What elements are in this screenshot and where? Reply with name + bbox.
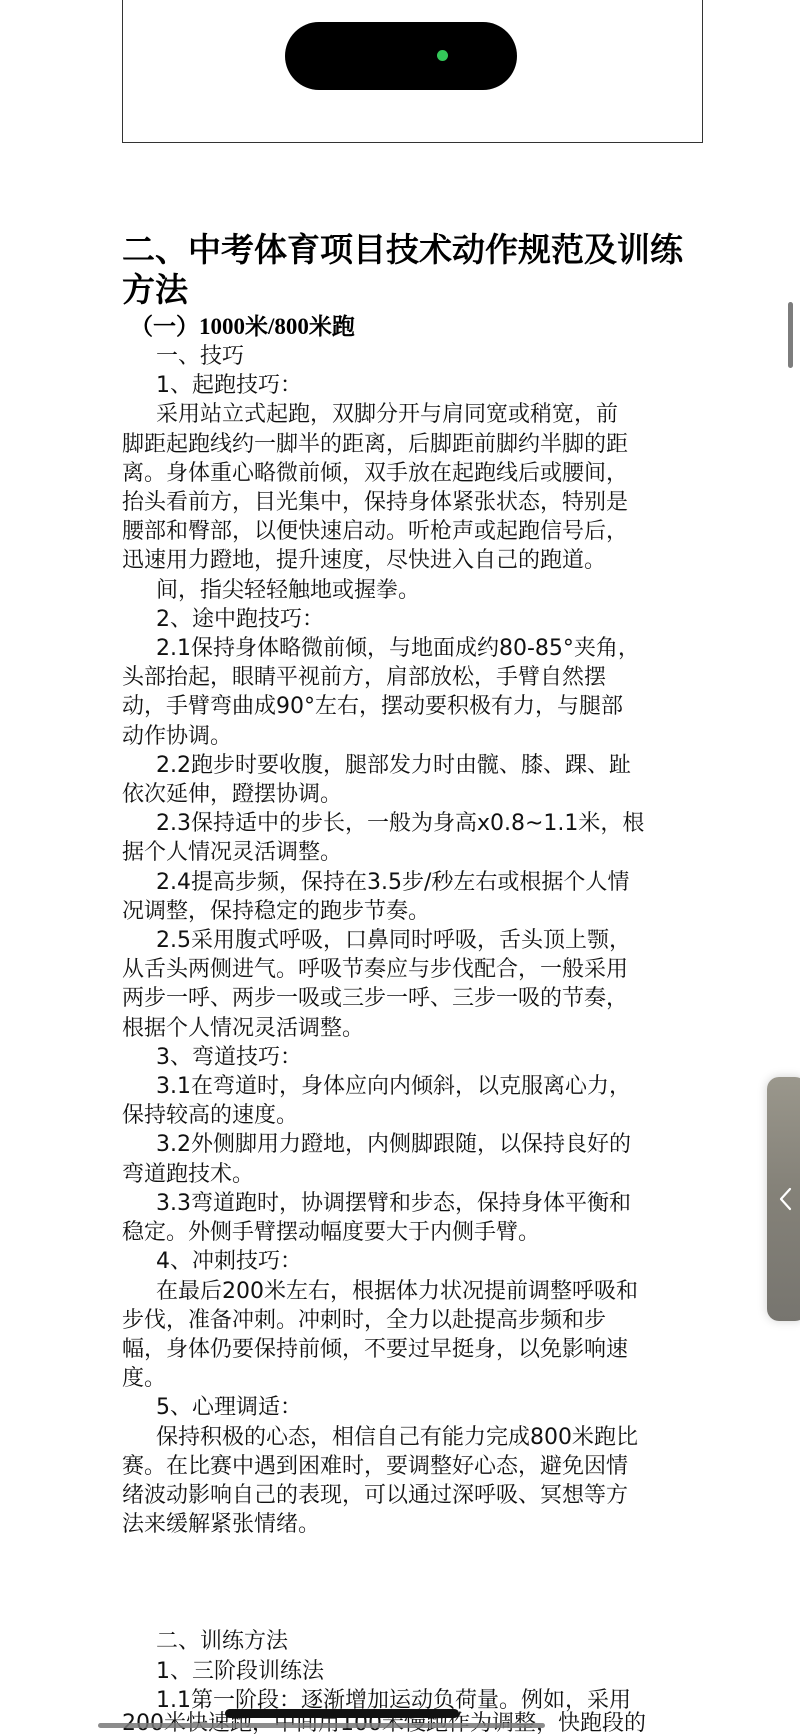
text-line: 2.1保持身体略微前倾，与地面成约80-85°夹角， (122, 634, 712, 663)
text-line: 二、训练方法 (122, 1627, 712, 1656)
text-line: 腰部和臀部，以便快速启动。听枪声或起跑信号后， (122, 517, 712, 546)
overlay-strike-bar (98, 1723, 545, 1728)
text-line: 2.5采用腹式呼吸，口鼻同时呼吸，舌头顶上颚， (122, 926, 712, 955)
home-indicator[interactable] (225, 1709, 459, 1718)
text-line: 稳定。外侧手臂摆动幅度要大于内侧手臂。 (122, 1218, 712, 1247)
text-line: 两步一呼、两步一吸或三步一呼、三步一吸的节奏， (122, 984, 712, 1013)
side-panel-handle[interactable] (767, 1077, 800, 1321)
document-content: 二、中考体育项目技术动作规范及训练 方法 （一）1000米/800米跑 一、技巧… (122, 230, 712, 1715)
technique-paragraphs: 一、技巧1、起跑技巧：采用站立式起跑，双脚分开与肩同宽或稍宽，前脚距起跑线约一脚… (122, 342, 712, 1539)
text-line: 采用站立式起跑，双脚分开与肩同宽或稍宽，前 (122, 400, 712, 429)
text-line: 抬头看前方，目光集中，保持身体紧张状态，特别是 (122, 488, 712, 517)
text-line: 度。 (122, 1364, 712, 1393)
text-line: 幅，身体仍要保持前倾，不要过早挺身，以免影响速 (122, 1335, 712, 1364)
text-line: 4、冲刺技巧： (122, 1247, 712, 1276)
vertical-scrollbar[interactable] (788, 302, 793, 368)
text-line: 3.2外侧脚用力蹬地，内侧脚跟随，以保持良好的 (122, 1130, 712, 1159)
text-line: 一、技巧 (122, 342, 712, 371)
text-line: 弯道跑技术。 (122, 1160, 712, 1189)
status-dot-icon (437, 50, 448, 61)
text-line: 2.4提高步频，保持在3.5步/秒左右或根据个人情 (122, 868, 712, 897)
text-line: 赛。在比赛中遇到困难时，要调整好心态，避免因情 (122, 1452, 712, 1481)
text-line: 步伐，准备冲刺。冲刺时，全力以赴提高步频和步 (122, 1306, 712, 1335)
text-line: 从舌头两侧进气。呼吸节奏应与步伐配合，一般采用 (122, 955, 712, 984)
text-line: 1、三阶段训练法 (122, 1657, 712, 1686)
text-line: 3、弯道技巧： (122, 1043, 712, 1072)
dynamic-island-pill (285, 22, 517, 90)
text-line: 保持积极的心态，相信自己有能力完成800米跑比 (122, 1423, 712, 1452)
text-line: 2.3保持适中的步长，一般为身高x0.8~1.1米，根 (122, 809, 712, 838)
text-line: 迅速用力蹬地，提升速度，尽快进入自己的跑道。 (122, 546, 712, 575)
chevron-left-icon (777, 1185, 795, 1213)
subsection-heading: （一）1000米/800米跑 (130, 312, 712, 342)
text-line: 动，手臂弯曲成90°左右，摆动要积极有力，与腿部 (122, 692, 712, 721)
text-line: 据个人情况灵活调整。 (122, 838, 712, 867)
text-line: 2、途中跑技巧： (122, 605, 712, 634)
text-line: 保持较高的速度。 (122, 1101, 712, 1130)
text-line: 动作协调。 (122, 722, 712, 751)
text-line: 5、心理调适： (122, 1393, 712, 1422)
text-line: 3.3弯道跑时，协调摆臂和步态，保持身体平衡和 (122, 1189, 712, 1218)
section-heading-line2: 方法 (122, 270, 712, 310)
text-line: 根据个人情况灵活调整。 (122, 1014, 712, 1043)
text-line: 离。身体重心略微前倾，双手放在起跑线后或腰间， (122, 459, 712, 488)
text-line: 间，指尖轻轻触地或握拳。 (122, 576, 712, 605)
text-line: 法来缓解紧张情绪。 (122, 1510, 712, 1539)
paragraph-spacer (122, 1539, 712, 1627)
embedded-image-frame (122, 0, 703, 143)
text-line: 3.1在弯道时，身体应向内倾斜，以克服离心力， (122, 1072, 712, 1101)
text-line: 头部抬起，眼睛平视前方，肩部放松，手臂自然摆 (122, 663, 712, 692)
text-line: 况调整，保持稳定的跑步节奏。 (122, 897, 712, 926)
text-line: 绪波动影响自己的表现，可以通过深呼吸、冥想等方 (122, 1481, 712, 1510)
text-line: 脚距起跑线约一脚半的距离，后脚距前脚约半脚的距 (122, 430, 712, 459)
training-paragraphs: 二、训练方法1、三阶段训练法1.1第一阶段：逐渐增加运动负荷量。例如，采用 (122, 1627, 712, 1715)
text-line: 依次延伸，蹬摆协调。 (122, 780, 712, 809)
section-heading-line1: 二、中考体育项目技术动作规范及训练 (122, 230, 712, 270)
text-line: 2.2跑步时要收腹，腿部发力时由髋、膝、踝、趾 (122, 751, 712, 780)
text-line: 1、起跑技巧： (122, 371, 712, 400)
text-line: 在最后200米左右，根据体力状况提前调整呼吸和 (122, 1277, 712, 1306)
